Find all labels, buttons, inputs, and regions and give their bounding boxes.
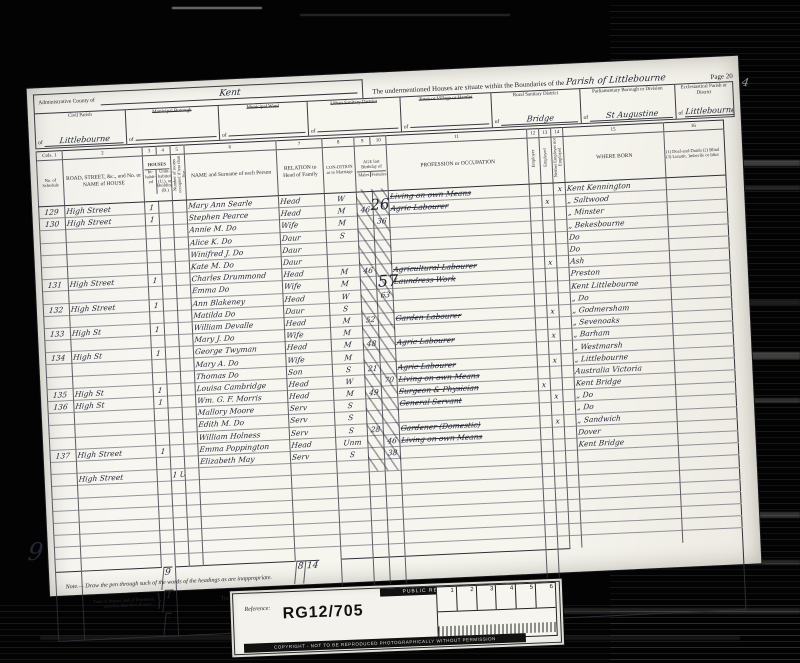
box-rural-sanitary: Rural Sanitary District ofBridge <box>491 89 581 127</box>
cell-employer <box>532 244 545 257</box>
box-urban-sanitary: Urban Sanitary District of <box>308 97 402 135</box>
box-municipal-borough: Municipal Borough of <box>126 106 220 144</box>
box-value <box>410 116 490 128</box>
cell-uninh <box>161 274 176 287</box>
cell-employer <box>532 257 545 270</box>
cell-ageF <box>382 385 399 398</box>
cell-ageM: 46 <box>357 204 374 217</box>
ruler-number: 4 <box>496 584 517 609</box>
cell-rooms <box>184 456 199 469</box>
cell-uninh <box>163 310 178 323</box>
census-table-wrap: Cols. 1 2 3 4 5 6 7 8 9 10 11 12 13 14 1… <box>36 119 758 642</box>
cell-uninh <box>168 408 183 421</box>
cell-rooms <box>188 553 203 566</box>
col-infirmities: (1) Deaf-and-Dumb (2) Blind (3) Lunatic,… <box>666 147 724 159</box>
cell-uninh <box>164 322 179 335</box>
cell-inh <box>148 262 162 275</box>
cell-inh: 1 <box>154 396 168 409</box>
cell-inh <box>156 433 170 446</box>
cell-ageF <box>373 203 390 216</box>
cell-employer <box>536 342 549 355</box>
cell-ageM <box>372 520 389 533</box>
cell-uninh <box>167 395 182 408</box>
cell-rooms <box>184 468 199 481</box>
box-label: Urban Sanitary District <box>310 99 398 109</box>
cell-rooms <box>187 517 202 530</box>
cell-employed <box>557 524 570 537</box>
cell-inh <box>153 372 167 385</box>
cell-employed: x <box>549 353 562 366</box>
cell-ageF: 46 <box>384 434 401 447</box>
census-table-body: 129High Street1Mary Ann SearleHeadWLivin… <box>39 175 743 572</box>
cell-neither <box>566 462 579 475</box>
cell-employed <box>556 500 569 513</box>
box-value <box>135 129 217 141</box>
cell-rooms <box>178 322 193 335</box>
cell-uninh <box>171 481 186 494</box>
cell-ageF <box>380 361 397 374</box>
cell-ageF: 63 <box>377 288 394 301</box>
of-word: of <box>678 110 683 116</box>
cell-neither <box>558 280 571 293</box>
cell-employed <box>555 475 568 488</box>
cell-neither <box>564 414 577 427</box>
cell-infirm <box>682 528 743 543</box>
cell-employer <box>531 220 544 233</box>
cell-rooms <box>177 297 192 310</box>
cell-ageM <box>367 410 384 423</box>
cell-neither <box>566 450 579 463</box>
box-value: Littlebourne <box>685 105 734 117</box>
col-schedule: No. of Schedule <box>39 178 63 188</box>
cell-employer <box>544 512 557 525</box>
cell-inh: 1 <box>156 445 170 458</box>
cell-employed <box>546 280 559 293</box>
of-word: of <box>38 140 43 146</box>
totals-inhabited: 9 <box>161 567 172 591</box>
cell-rooms <box>174 249 189 262</box>
of-word: of <box>583 115 588 121</box>
cell-ageM <box>361 277 378 290</box>
cell-neither <box>554 195 567 208</box>
box-ecclesiastical: Ecclesiastical Parish or District ofLitt… <box>675 82 734 119</box>
cell-ageM <box>358 216 375 229</box>
cell-neither <box>561 353 574 366</box>
col-where-born: WHERE BORN <box>566 152 664 163</box>
cell-employed <box>554 451 567 464</box>
cell-uninh <box>159 225 174 238</box>
cell-uninh <box>172 505 187 518</box>
cell-rooms <box>173 212 188 225</box>
cell-employer <box>536 330 549 343</box>
cell-employed <box>554 463 567 476</box>
cell-ageF <box>378 300 395 313</box>
ruler-number: 5 <box>516 584 537 609</box>
cell-employed <box>546 293 559 306</box>
cell-rooms <box>175 261 190 274</box>
cell-employer <box>540 415 553 428</box>
cell-uninh <box>164 335 179 348</box>
cell-ageF <box>374 227 391 240</box>
cell-inh <box>157 457 171 470</box>
cell-rooms <box>185 480 200 493</box>
cell-inh <box>147 238 161 251</box>
cell-employer <box>530 208 543 221</box>
cell-inh: 1 <box>145 201 159 214</box>
cell-rooms <box>188 541 203 554</box>
cell-uninh <box>165 359 180 372</box>
box-label: Ecclesiastical Parish or District <box>677 83 730 96</box>
cell-uninh <box>168 420 183 433</box>
box-value: Littlebourne <box>44 133 124 147</box>
cell-uninh <box>160 237 175 250</box>
cell-ageF: 38 <box>384 446 401 459</box>
cell-ageM <box>359 252 376 265</box>
cell-ageF <box>376 264 393 277</box>
census-table: Cols. 1 2 3 4 5 6 7 8 9 10 11 12 13 14 1… <box>36 120 747 642</box>
cell-rooms <box>174 237 189 250</box>
cell-uninh <box>173 529 188 542</box>
cell-ageF <box>380 349 397 362</box>
cell-employed: x <box>542 195 555 208</box>
cell-employer <box>533 269 546 282</box>
cell-rooms <box>186 504 201 517</box>
stamp-reference-value: RG12/705 <box>282 602 364 623</box>
totals-houses-label: Total of Houses and of Tenements with le… <box>84 598 154 611</box>
cell-ageM <box>358 228 375 241</box>
cell-rooms <box>178 334 193 347</box>
cell-uninh <box>174 554 189 567</box>
cell-neither <box>569 523 582 536</box>
col-road: ROAD, STREET, &c., and No. or NAME of HO… <box>65 173 143 189</box>
cell-ageF <box>388 531 405 544</box>
cell-neither <box>567 487 580 500</box>
cell-employer <box>542 451 555 464</box>
cell-employer <box>534 293 547 306</box>
cell-neither <box>565 438 578 451</box>
cell-ageF <box>388 519 405 532</box>
cell-neither <box>563 402 576 415</box>
cell-neither <box>562 377 575 390</box>
cell-employed <box>550 366 563 379</box>
cell-uninh <box>173 517 188 530</box>
cell-employer <box>535 317 548 330</box>
cell-ageF <box>373 191 390 204</box>
cell-inh: 1 <box>146 213 160 226</box>
cell-employer <box>542 464 555 477</box>
cell-ageM <box>372 532 389 545</box>
of-word: of <box>404 124 409 130</box>
cell-ageF <box>375 239 392 252</box>
cell-inh <box>161 542 175 555</box>
box-label: Municipal Ward <box>221 103 305 112</box>
col-occupation: PROFESSION or OCCUPATION <box>389 158 527 171</box>
cell-employer <box>540 427 553 440</box>
cell-inh <box>152 360 166 373</box>
cell-inh <box>160 530 174 543</box>
cell-ageM: 46 <box>360 264 377 277</box>
cell-neither <box>568 511 581 524</box>
col-name: NAME and Surname of each Person <box>186 170 276 180</box>
cell-neither <box>554 207 567 220</box>
cell-employer <box>543 476 556 489</box>
cell-rooms <box>180 370 195 383</box>
cell-employer <box>530 196 543 209</box>
cell-inh <box>149 287 163 300</box>
col-employed: Employed <box>543 138 550 178</box>
cell-employer <box>539 403 552 416</box>
cell-uninh <box>158 201 173 214</box>
cell-inh <box>151 335 165 348</box>
cell-neither <box>560 329 573 342</box>
of-word: of <box>495 119 500 125</box>
cell-employed: x <box>551 390 564 403</box>
cell-employed <box>551 402 564 415</box>
cell-uninh <box>166 383 181 396</box>
col-condition: CON-DITION as to Marriage <box>325 164 355 175</box>
totals-uninhabited: 1 <box>162 590 173 614</box>
cell-ageF: 70 <box>381 373 398 386</box>
cell-employed <box>548 341 561 354</box>
cell-employed <box>553 439 566 452</box>
cell-uninh <box>160 249 175 262</box>
cell-ageM <box>368 447 385 460</box>
cell-ageM <box>370 484 387 497</box>
cell-ageF <box>387 495 404 508</box>
cell-employed: x <box>547 305 560 318</box>
scan-streak <box>172 7 262 9</box>
of-word: of <box>129 137 134 143</box>
col-age-group: AGE last Birthday of <box>357 159 387 170</box>
cell-rooms <box>183 431 198 444</box>
cell-employed: x <box>545 256 558 269</box>
cell-employer <box>541 439 554 452</box>
cell-employer <box>538 366 551 379</box>
cell-rooms <box>186 492 201 505</box>
cell-employed <box>542 207 555 220</box>
cell-ageM <box>366 398 383 411</box>
cell-ageM <box>364 350 381 363</box>
cell-inh <box>150 311 164 324</box>
cell-inh <box>157 469 171 482</box>
cell-employer <box>529 184 542 197</box>
cell-employer <box>544 500 557 513</box>
cell-rooms <box>179 346 194 359</box>
box-value: St Augustine <box>590 108 674 122</box>
cell-uninh <box>166 371 181 384</box>
cell-ageM <box>365 374 382 387</box>
cell-ageF <box>386 483 403 496</box>
cell-ageM: 21 <box>364 362 381 375</box>
cell-inh: 1 <box>148 274 162 287</box>
cell-employer <box>534 281 547 294</box>
cell-employer <box>539 391 552 404</box>
cell-uninh <box>169 432 184 445</box>
cell-employed <box>550 378 563 391</box>
margin-corner-mark: 4 <box>741 76 750 90</box>
cell-ageM <box>357 191 374 204</box>
cell-ageM: 49 <box>366 386 383 399</box>
box-label: Municipal Borough <box>128 107 216 117</box>
cell-inh <box>160 518 174 531</box>
cell-neither <box>555 219 568 232</box>
box-parliamentary: Parliamentary Borough or Division ofSt A… <box>580 85 676 123</box>
cell-ageM: 48 <box>363 337 380 350</box>
scan-streak <box>300 14 510 16</box>
cell-ageM: 52 <box>362 313 379 326</box>
cell-employed <box>547 317 560 330</box>
cell-employer <box>543 488 556 501</box>
cell-neither <box>556 243 569 256</box>
cell-ageM <box>359 240 376 253</box>
cell-ageF <box>379 325 396 338</box>
cell-employer: x <box>538 378 551 391</box>
cell-employed <box>541 183 554 196</box>
cell-ageF <box>385 458 402 471</box>
cell-neither <box>555 231 568 244</box>
cell-employer <box>537 354 550 367</box>
cell-employer <box>531 232 544 245</box>
box-municipal-ward: Municipal Ward of <box>219 102 309 140</box>
cell-rooms <box>173 224 188 237</box>
cell-inh <box>155 408 169 421</box>
of-word: of <box>311 128 316 134</box>
margin-total-nine: 9 <box>27 537 45 566</box>
public-record-office-stamp: PUBLIC RECORD OFFICE Reference: RG12/705… <box>230 579 564 658</box>
cell-ageF <box>377 276 394 289</box>
box-town-village: Town or Village or Hamlet of <box>400 93 492 131</box>
cell-employer <box>545 524 558 537</box>
cell-ageM <box>370 471 387 484</box>
cell-neither <box>563 389 576 402</box>
cell-inh <box>159 506 173 519</box>
totals-rooms: · <box>163 613 171 636</box>
cell-uninh <box>165 347 180 360</box>
stamp-reference-label: Reference: <box>244 606 270 613</box>
cell-neither <box>557 255 570 268</box>
ruler-numbers: 1 2 3 4 5 6 <box>437 583 556 613</box>
cell-inh: 1 <box>149 299 163 312</box>
admin-county-label: Administrative County of <box>38 98 95 107</box>
cell-neither <box>557 268 570 281</box>
cell-employer <box>535 305 548 318</box>
ruler-number: 2 <box>457 586 478 611</box>
box-label: Town or Village or Hamlet <box>402 94 488 103</box>
census-sheet: Administrative County of Kent The underm… <box>27 56 762 596</box>
cell-ageF: 36 <box>374 215 391 228</box>
cell-rooms <box>187 529 202 542</box>
cell-neither <box>558 292 571 305</box>
cell-employed: x <box>548 329 561 342</box>
cell-neither <box>559 316 572 329</box>
cell-employed <box>555 487 568 500</box>
cell-uninh: 1 U <box>170 468 185 481</box>
cell-uninh <box>169 444 184 457</box>
cell-employed <box>543 232 556 245</box>
cell-ageM <box>363 325 380 338</box>
cell-inh <box>147 250 161 263</box>
box-value <box>228 125 306 137</box>
cell-inh <box>155 420 169 433</box>
cell-inh: 1 <box>152 347 166 360</box>
cell-ageM <box>368 435 385 448</box>
cell-employed <box>545 268 558 281</box>
cell-neither <box>559 304 572 317</box>
cell-uninh <box>159 213 174 226</box>
cell-ageF <box>383 410 400 423</box>
ruler-number: 3 <box>476 585 497 610</box>
cell-employed: x <box>552 414 565 427</box>
cell-uninh <box>161 262 176 275</box>
cell-ageM: 28 <box>367 423 384 436</box>
cell-inh: 1 <box>151 323 165 336</box>
cell-employed <box>557 536 570 549</box>
cell-ageF <box>375 251 392 264</box>
box-label: Rural Sanitary District <box>493 90 577 99</box>
cell-rooms <box>177 310 192 323</box>
cell-neither <box>567 475 580 488</box>
cell-rooms <box>181 395 196 408</box>
totals-females: 14 <box>303 560 320 584</box>
col-relation: RELATION to Head of Family <box>278 164 322 179</box>
cell-inh <box>158 493 172 506</box>
cell-inh <box>161 554 175 567</box>
cell-rooms <box>172 200 187 213</box>
ruler-number: 6 <box>536 583 556 608</box>
cell-rooms <box>182 419 197 432</box>
box-value: Bridge <box>501 112 579 126</box>
cell-uninh <box>162 286 177 299</box>
cell-rooms <box>183 443 198 456</box>
box-civil-parish: Civil Parish ofLittlebourne <box>35 110 127 148</box>
ruler-number: 1 <box>437 587 458 612</box>
cell-neither <box>562 365 575 378</box>
cell-ageF <box>382 398 399 411</box>
cell-uninh <box>162 298 177 311</box>
of-word: of <box>222 133 227 139</box>
cell-uninh <box>170 456 185 469</box>
cell-rooms <box>175 273 190 286</box>
cell-employed <box>544 244 557 257</box>
cell-ageF <box>389 544 406 557</box>
cell-neither <box>561 341 574 354</box>
cell-ageF <box>383 422 400 435</box>
cell-uninh <box>172 493 187 506</box>
cell-ageF <box>386 471 403 484</box>
cell-ageF <box>387 507 404 520</box>
cell-ageM <box>361 289 378 302</box>
cell-ageM <box>369 459 386 472</box>
cell-rooms <box>179 358 194 371</box>
cell-neither <box>568 499 581 512</box>
cell-rooms <box>176 285 191 298</box>
stamp-ruler: 1 2 3 4 5 6 <box>436 582 558 641</box>
cell-inh <box>158 481 172 494</box>
cell-neither <box>570 535 583 548</box>
cell-inh: 1 <box>153 384 167 397</box>
cell-employed <box>543 220 556 233</box>
cell-neither <box>564 426 577 439</box>
col-neither: Neither Employer nor Employed <box>553 137 564 177</box>
cell-ageF <box>379 337 396 350</box>
cell-rooms <box>180 383 195 396</box>
cell-ageM <box>371 496 388 509</box>
cell-uninh <box>174 542 189 555</box>
cell-employed <box>556 512 569 525</box>
col-employer: Employer <box>531 138 538 178</box>
cell-ageM <box>371 508 388 521</box>
cell-ageM <box>373 544 390 557</box>
